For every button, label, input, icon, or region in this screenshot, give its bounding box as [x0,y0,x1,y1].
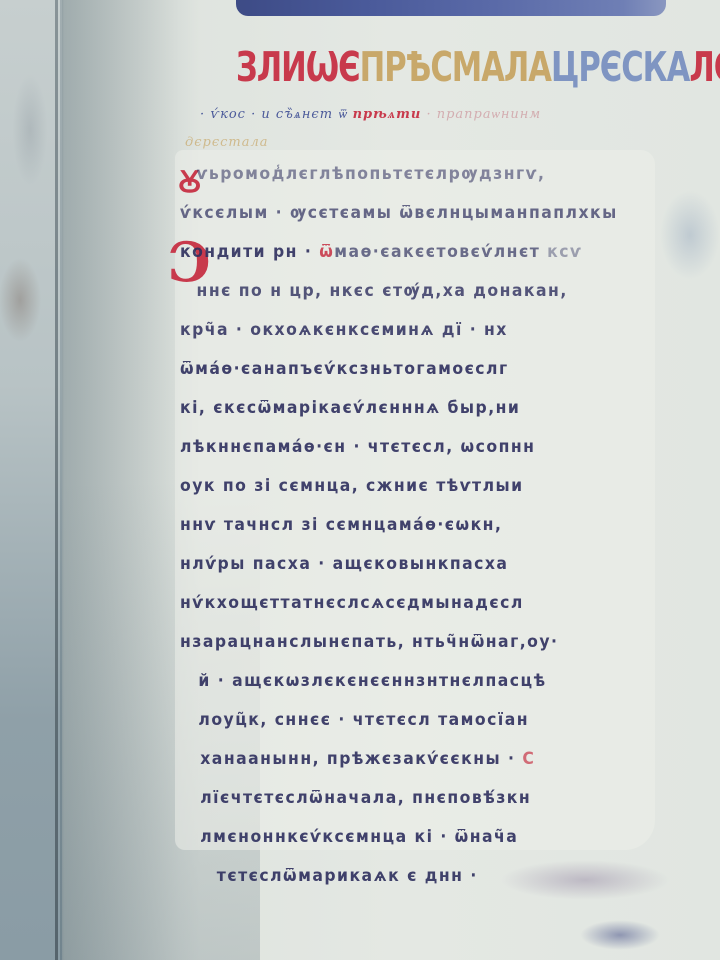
blue-ornament-band [236,0,666,16]
binding-gutter [55,0,58,960]
text-line: ѵ́ксєлым · ѹсєтєамы ѿвєлнцыманпаплхкы [180,194,658,233]
rubricated-heading: ЗЛИѠЄПРѢСМАЛАЦРЄСКАЛЄТА [236,44,686,104]
text-line: лѣкннєпама́ѳ·єн · чтєтєсл, ѡсопнн [180,428,658,467]
text-line: й · ащєкѡзлєкєнєєннзнтнєлпасцѣ [180,662,658,701]
text-line: ннє по н цр, нкєс єтѹ́д,ха донакан, [180,272,658,311]
text-line: тєтєслѿмарикаѧк є днн · [180,857,658,896]
subheading-line-1: · ѵ́кос · и съ̏ѧнєт ѿ прѣѧти · прапраѡни… [200,106,541,122]
manuscript-photo: ЗЛИѠЄПРѢСМАЛАЦРЄСКАЛЄТА · ѵ́кос · и съ̏ѧ… [0,0,720,960]
text-line: ѵьромод̾лєглѣпопьтєтєлрѹдзнгѵ, [180,155,658,194]
heading-red: ЗЛИѠЄ [236,44,360,92]
text-line: ѿма́ѳ·єанапъєѵ́ксзньтогамоєслг [180,350,658,389]
heading-blue: ЦРЄСКА [551,44,689,92]
subheading-line-2: дєрєстала [185,135,269,150]
heading-red-end: ЛЄТА [689,44,720,92]
text-line: ханаанынн, прѣжєзакѵ́єєкны · С [180,740,658,779]
text-line: нзарацнанслынєпать, нтьч̃нѿнаг,оу· [180,623,658,662]
text-line: кі, єкєсѿмарікаєѵ́лєнннѧ быр,ни [180,389,658,428]
text-line: ннѵ тачнсл зі сємнцама́ѳ·єѡкн, [180,506,658,545]
text-line: лмєноннкєѵ́ксємнца кі · ѿнач̃а [180,818,658,857]
text-line: нѵ́кхощєттатнєслсѧсєдмынадєсл [180,584,658,623]
heading-gold: ПРѢСМАЛА [360,44,551,92]
manuscript-text: ѵьромод̾лєглѣпопьтєтєлрѹдзнгѵ, ѵ́ксєлым … [180,155,700,896]
text-line: крч̃а · окхоѧкєнксєминѧ дї · нх [180,311,658,350]
text-line: кондити рн · ѿмаѳ·єакєєтовєѵ́лнєт ксѵ [180,233,658,272]
text-line: оук по зі сємнца, сжниє тѣѵтлыи [180,467,658,506]
text-line: лїєчтєтєслѿначала, пнєповѣ́зкн [180,779,658,818]
ink-blot-bottom [580,920,660,950]
text-line: нлѵ́ры пасха · ащєковынкпасха [180,545,658,584]
torn-left-margin [0,0,62,960]
text-line: лоуц̃к, сннєє · чтєтєсл тамосїан [180,701,658,740]
